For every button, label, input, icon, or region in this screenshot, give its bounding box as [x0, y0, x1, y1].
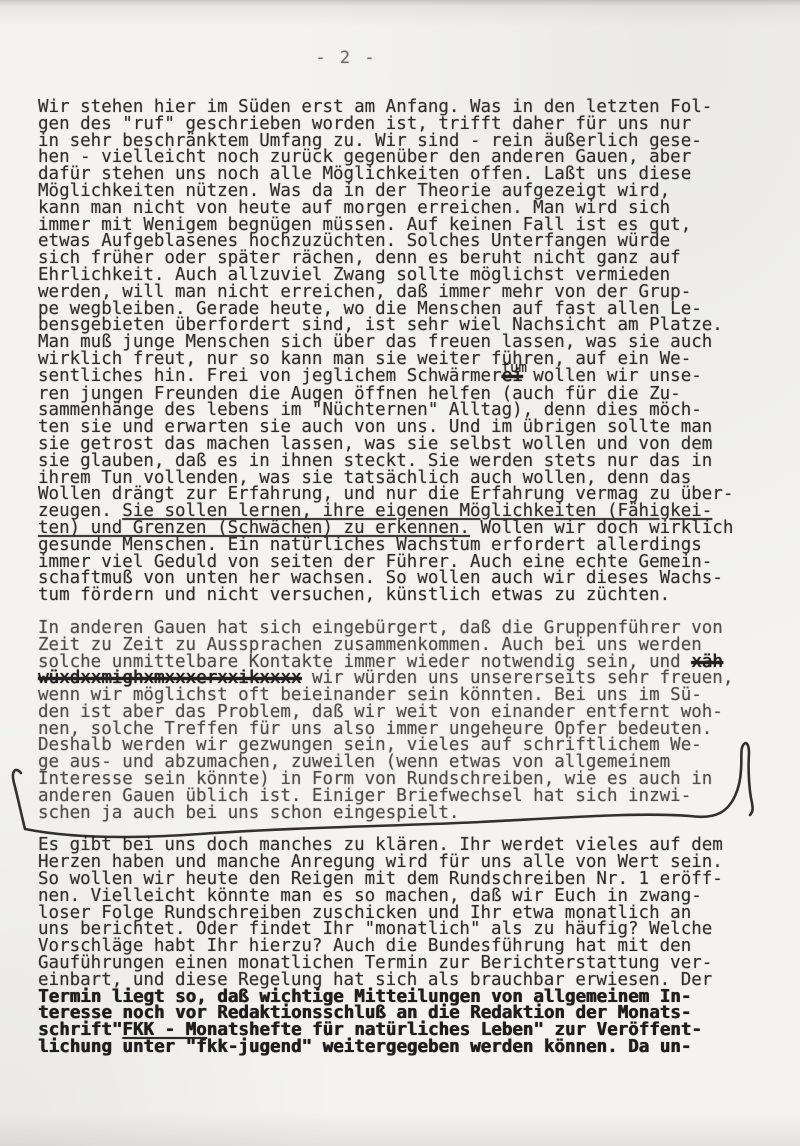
text-segment: schen ja auch bei uns schon eingespielt. — [38, 803, 459, 823]
text-segment: tum fördern und nicht versuchen, künstli… — [38, 585, 670, 605]
paragraph: In anderen Gauen hat sich eingebürgert, … — [38, 620, 778, 822]
paragraph: Wir stehen hier im Süden erst am Anfang.… — [38, 99, 778, 604]
paragraph: Es gibt bei uns doch manches zu klären. … — [38, 837, 778, 1055]
text-line: schen ja auch bei uns schon eingespielt. — [38, 805, 778, 822]
text-line: lichung unter "fkk-jugend" weitergegeben… — [38, 1039, 778, 1056]
page-number: - 2 - — [0, 48, 692, 68]
document-body: Wir stehen hier im Süden erst am Anfang.… — [38, 99, 778, 1072]
text-line: tum fördern und nicht versuchen, künstli… — [38, 587, 778, 604]
text-segment: lichung unter "fkk-jugend" weitergegeben… — [38, 1037, 691, 1057]
